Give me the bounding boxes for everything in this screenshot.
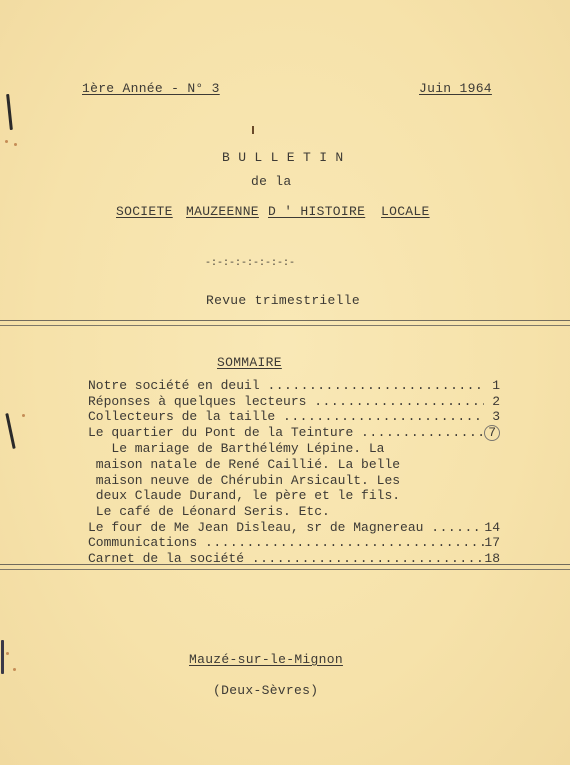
toc-entry-title: Notre société en deuil [88, 378, 267, 394]
toc-entry-title: Communications [88, 535, 205, 551]
subtitle: Revue trimestrielle [206, 293, 360, 308]
staple-mark-middle [5, 413, 15, 449]
toc-entry-title: Le four de Me Jean Disleau, sr de Magner… [88, 520, 431, 536]
toc-leader-dots: ........................................… [431, 520, 484, 536]
rust-spot [22, 414, 25, 417]
staple-mark-top [6, 94, 13, 130]
toc-sub-line: maison neuve de Chérubin Arsicault. Les [88, 473, 500, 489]
toc-entry: Le quartier du Pont de la Teinture .....… [88, 425, 500, 441]
toc-entry: Collecteurs de la taille ...............… [88, 409, 500, 425]
toc-leader-dots: ........................................… [205, 535, 484, 551]
sommaire-heading: SOMMAIRE [217, 355, 282, 370]
pencil-mark [252, 126, 254, 134]
rust-spot [13, 668, 16, 671]
toc-entry-page: 2 [484, 394, 500, 410]
society-word-3: D ' HISTOIRE [268, 204, 365, 219]
toc-entry: Réponses à quelques lecteurs ...........… [88, 394, 500, 410]
table-of-contents: Notre société en deuil .................… [88, 378, 500, 567]
toc-entry: Le four de Me Jean Disleau, sr de Magner… [88, 520, 500, 536]
rust-spot [6, 652, 9, 655]
bulletin-title: B U L L E T I N [222, 150, 344, 165]
toc-sub-line: Le mariage de Barthélémy Lépine. La [88, 441, 500, 457]
society-word-1: SOCIETE [116, 204, 173, 219]
toc-sub-line: maison natale de René Caillié. La belle [88, 457, 500, 473]
society-word-4: LOCALE [381, 204, 430, 219]
toc-leader-dots: ........................................… [267, 378, 484, 394]
toc-sub-line: Le café de Léonard Seris. Etc. [88, 504, 500, 520]
rust-spot [5, 140, 8, 143]
toc-entry-title: Le quartier du Pont de la Teinture [88, 425, 361, 441]
rust-spot [14, 143, 17, 146]
double-rule-bottom [0, 564, 570, 570]
toc-entry-page: 3 [484, 409, 500, 425]
staple-mark-bottom [1, 640, 4, 674]
document-page: 1ère Année - N° 3 Juin 1964 B U L L E T … [0, 0, 570, 765]
issue-number: 1ère Année - N° 3 [82, 81, 220, 96]
de-la-label: de la [251, 174, 292, 189]
toc-entry-title: Réponses à quelques lecteurs [88, 394, 314, 410]
town-name: Mauzé-sur-le-Mignon [189, 652, 343, 667]
toc-entry: Notre société en deuil .................… [88, 378, 500, 394]
toc-entry: Communications .........................… [88, 535, 500, 551]
toc-entry-title: Collecteurs de la taille [88, 409, 283, 425]
toc-leader-dots: ........................................… [314, 394, 484, 410]
toc-entry-page-circled: 7 [484, 425, 500, 441]
society-word-2: MAUZEENNE [186, 204, 259, 219]
toc-leader-dots: ........................................… [361, 425, 484, 441]
department-name: (Deux-Sèvres) [213, 683, 318, 698]
double-rule-top [0, 320, 570, 326]
issue-date: Juin 1964 [419, 81, 492, 96]
ornament-divider: -:-:-:-:-:-:-:- [205, 258, 295, 269]
toc-leader-dots: ........................................… [283, 409, 484, 425]
toc-entry-page: 17 [484, 535, 500, 551]
toc-sub-line: deux Claude Durand, le père et le fils. [88, 488, 500, 504]
toc-entry-page: 1 [484, 378, 500, 394]
circled-page-number: 7 [484, 425, 500, 441]
toc-entry-page: 14 [484, 520, 500, 536]
